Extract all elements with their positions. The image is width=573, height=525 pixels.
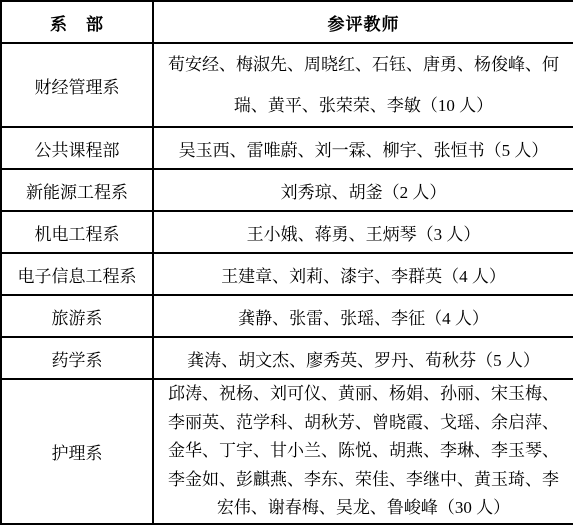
dept-cell: 电子信息工程系: [1, 253, 153, 295]
table-row: 电子信息工程系 王建章、刘莉、漆宇、李群英（4 人）: [1, 253, 573, 295]
teachers-cell: 王建章、刘莉、漆宇、李群英（4 人）: [153, 253, 573, 295]
table-row: 护理系 邱涛、祝杨、刘可仪、黄丽、杨娟、孙丽、宋玉梅、李丽英、范学科、胡秋芳、曾…: [1, 379, 573, 524]
header-row: 系 部 参评教师: [1, 1, 573, 43]
teacher-roster-table: 系 部 参评教师 财经管理系 荀安经、梅淑先、周晓红、石钰、唐勇、杨俊峰、何瑞、…: [0, 0, 573, 525]
table-row: 新能源工程系 刘秀琼、胡釜（2 人）: [1, 169, 573, 211]
table-row: 机电工程系 王小娥、蒋勇、王炳琴（3 人）: [1, 211, 573, 253]
table-row: 财经管理系 荀安经、梅淑先、周晓红、石钰、唐勇、杨俊峰、何瑞、黄平、张荣荣、李敏…: [1, 43, 573, 127]
teachers-cell: 龚涛、胡文杰、廖秀英、罗丹、荀秋芬（5 人）: [153, 337, 573, 379]
dept-cell: 机电工程系: [1, 211, 153, 253]
teachers-cell: 王小娥、蒋勇、王炳琴（3 人）: [153, 211, 573, 253]
dept-cell: 药学系: [1, 337, 153, 379]
header-dept: 系 部: [1, 1, 153, 43]
dept-cell: 护理系: [1, 379, 153, 524]
table-row: 旅游系 龚静、张雷、张瑶、李征（4 人）: [1, 295, 573, 337]
dept-cell: 新能源工程系: [1, 169, 153, 211]
dept-cell: 财经管理系: [1, 43, 153, 127]
table-row: 公共课程部 吴玉西、雷唯蔚、刘一霖、柳宇、张恒书（5 人）: [1, 127, 573, 169]
dept-cell: 旅游系: [1, 295, 153, 337]
header-teachers: 参评教师: [153, 1, 573, 43]
teachers-cell: 吴玉西、雷唯蔚、刘一霖、柳宇、张恒书（5 人）: [153, 127, 573, 169]
table-row: 药学系 龚涛、胡文杰、廖秀英、罗丹、荀秋芬（5 人）: [1, 337, 573, 379]
teachers-cell: 荀安经、梅淑先、周晓红、石钰、唐勇、杨俊峰、何瑞、黄平、张荣荣、李敏（10 人）: [153, 43, 573, 127]
dept-cell: 公共课程部: [1, 127, 153, 169]
teachers-cell: 龚静、张雷、张瑶、李征（4 人）: [153, 295, 573, 337]
teachers-cell: 刘秀琼、胡釜（2 人）: [153, 169, 573, 211]
teachers-cell: 邱涛、祝杨、刘可仪、黄丽、杨娟、孙丽、宋玉梅、李丽英、范学科、胡秋芳、曾晓霞、戈…: [153, 379, 573, 524]
